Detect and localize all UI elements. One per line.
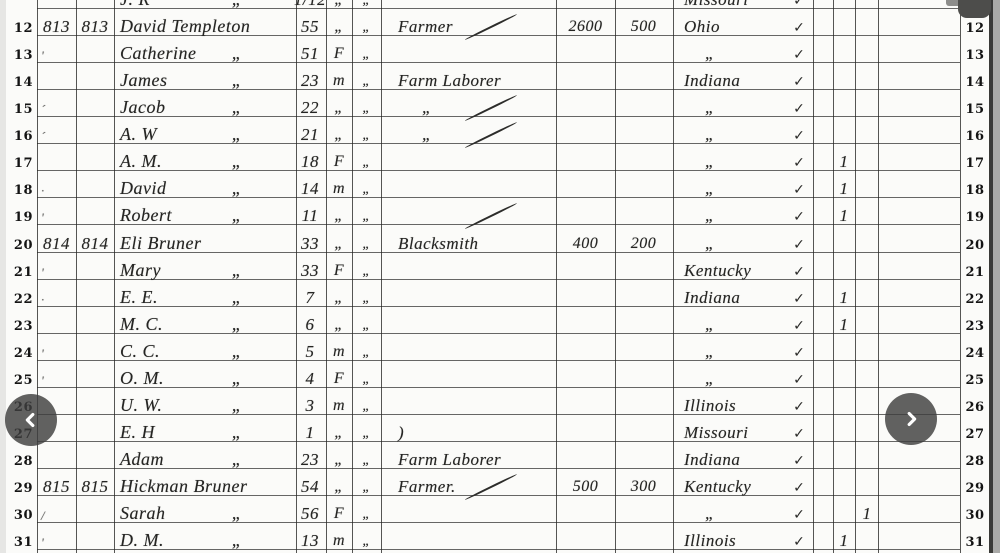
enumerator-checkmark: ✓ [786, 183, 812, 197]
enumerator-checkmark: ✓ [786, 265, 812, 279]
census-row: 2929815815Hickman Bruner54„„Farmer.50030… [0, 469, 1000, 496]
sex-value: F [326, 46, 352, 62]
row-number-right: 26 [961, 401, 989, 414]
person-name: O. M. [120, 369, 164, 387]
sex-value: „ [326, 425, 352, 441]
attended-school-mark: 1 [834, 316, 854, 333]
age-value: 1 [293, 424, 327, 441]
age-value: 55 [293, 18, 327, 35]
row-number-right: 24 [961, 347, 989, 360]
dwelling-number: 814 [38, 235, 75, 252]
color-ditto-mark: „ [353, 21, 380, 35]
row-number-right: 19 [961, 211, 989, 224]
birthplace: „ [690, 45, 730, 62]
person-name: Mary [120, 261, 161, 279]
enumerator-checkmark: ✓ [786, 156, 812, 170]
row-number-right: 17 [961, 157, 989, 170]
color-ditto-mark: „ [353, 400, 380, 414]
real-estate-value: 400 [557, 236, 614, 252]
sex-value: „ [326, 127, 352, 143]
sex-value: m [326, 181, 352, 197]
enumerator-checkmark: ✓ [786, 210, 812, 224]
row-number-left: 25 [6, 374, 33, 387]
person-name: David Templeton [120, 17, 250, 35]
color-ditto-mark: „ [353, 265, 380, 279]
family-number: 814 [77, 235, 113, 252]
age-value: 4 [293, 370, 327, 387]
real-estate-value: 2600 [557, 19, 614, 35]
row-number-left: 20 [6, 239, 33, 252]
person-name: U. W. [120, 396, 162, 414]
name-ditto-mark: „ [222, 369, 252, 387]
census-row: 1717A. M.„18F„„✓1 [0, 144, 1000, 171]
sex-value: m [326, 73, 352, 89]
name-ditto-mark: „ [222, 206, 252, 224]
row-number-left: 13 [6, 49, 33, 62]
record-image-viewer: J. R„1/12„„Missouri✓1212813813David Temp… [0, 0, 1000, 553]
name-ditto-mark: „ [222, 98, 252, 116]
scan-left-edge [0, 0, 6, 553]
sex-value: F [326, 506, 352, 522]
census-row: 3131'D. M.„13m„Illinois✓1 [0, 523, 1000, 550]
name-ditto-mark: „ [222, 0, 252, 8]
age-value: 6 [293, 316, 327, 333]
color-ditto-mark: „ [353, 481, 380, 495]
person-name: Robert [120, 206, 172, 224]
sex-value: „ [326, 19, 352, 35]
color-ditto-mark: „ [353, 129, 380, 143]
age-value: 3 [293, 397, 327, 414]
chevron-right-icon [900, 408, 922, 430]
occupation: Blacksmith [398, 235, 558, 252]
birthplace: „ [690, 343, 730, 360]
family-number: 813 [77, 18, 113, 35]
enumerator-checkmark: ✓ [786, 21, 812, 35]
row-number-right: 13 [961, 49, 989, 62]
census-row: 2727E. H„1„„)Missouri✓ [0, 415, 1000, 442]
sex-value: „ [326, 208, 352, 224]
birthplace: „ [690, 126, 730, 143]
pencil-mark: ' [41, 374, 57, 387]
row-number-right: 12 [961, 22, 989, 35]
row-number-left: 31 [6, 536, 33, 549]
color-ditto-mark: „ [353, 238, 380, 252]
age-value: 51 [293, 45, 327, 62]
person-name: David [120, 179, 167, 197]
birthplace: „ [690, 180, 730, 197]
age-value: 5 [293, 343, 327, 360]
enumerator-checkmark: ✓ [786, 373, 812, 387]
color-ditto-mark: „ [353, 75, 380, 89]
census-row: 2020814814Eli Bruner33„„Blacksmith400200… [0, 226, 1000, 253]
sex-value: „ [326, 100, 352, 116]
row-number-left: 21 [6, 266, 33, 279]
pencil-mark: ' [41, 266, 57, 279]
sex-value: m [326, 533, 352, 549]
row-number-right: 14 [961, 76, 989, 89]
person-name: James [120, 71, 167, 89]
sex-value: F [326, 263, 352, 279]
name-ditto-mark: „ [222, 152, 252, 170]
next-image-button[interactable] [885, 393, 937, 445]
enumerator-checkmark: ✓ [786, 346, 812, 360]
attended-school-mark: 1 [834, 153, 854, 170]
row-number-right: 29 [961, 482, 989, 495]
pencil-mark: ' [41, 347, 57, 360]
sex-value: „ [326, 479, 352, 495]
census-row: 2121'Mary„33F„Kentucky✓ [0, 253, 1000, 280]
sex-value: F [326, 154, 352, 170]
color-ditto-mark: „ [353, 346, 380, 360]
pencil-mark: · [41, 184, 57, 197]
enumerator-checkmark: ✓ [786, 319, 812, 333]
row-number-left: 16 [6, 130, 33, 143]
color-ditto-mark: „ [353, 535, 380, 549]
name-ditto-mark: „ [222, 315, 252, 333]
color-ditto-mark: „ [353, 319, 380, 333]
color-ditto-mark: „ [353, 292, 380, 306]
row-number-right: 21 [961, 266, 989, 279]
enumerator-checkmark: ✓ [786, 454, 812, 468]
sex-value: „ [326, 290, 352, 306]
person-name: E. H [120, 423, 155, 441]
row-number-right: 16 [961, 130, 989, 143]
sex-value: „ [326, 236, 352, 252]
census-row: 2323M. C.„6„„„✓1 [0, 307, 1000, 334]
color-ditto-mark: „ [353, 0, 380, 8]
row-number-left: 15 [6, 103, 33, 116]
color-ditto-mark: „ [353, 102, 380, 116]
row-number-left: 18 [6, 184, 33, 197]
color-ditto-mark: „ [353, 48, 380, 62]
enumerator-checkmark: ✓ [786, 48, 812, 62]
enumerator-checkmark: ✓ [786, 102, 812, 116]
census-row: 1616´A. W„21„„„„✓ [0, 117, 1000, 144]
enumerator-checkmark: ✓ [786, 508, 812, 522]
row-number-right: 31 [961, 536, 989, 549]
name-ditto-mark: „ [222, 450, 252, 468]
birthplace: „ [690, 235, 730, 252]
census-row: 2525'O. M.„4F„„✓ [0, 361, 1000, 388]
pencil-mark: ' [41, 211, 57, 224]
census-scan-image[interactable]: J. R„1/12„„Missouri✓1212813813David Temp… [0, 0, 1000, 553]
census-row: 2626U. W.„3m„Illinois✓ [0, 388, 1000, 415]
pencil-mark: ' [41, 536, 57, 549]
census-row: 1212813813David Templeton55„„Farmer26005… [0, 9, 1000, 36]
sex-value: „ [326, 317, 352, 333]
person-name: E. E. [120, 288, 158, 306]
color-ditto-mark: „ [353, 156, 380, 170]
census-row: 2828Adam„23„„Farm LaborerIndiana✓ [0, 442, 1000, 469]
real-estate-value: 500 [557, 479, 614, 495]
enumerator-checkmark: ✓ [786, 481, 812, 495]
attended-school-mark: 1 [834, 532, 854, 549]
person-name: Adam [120, 450, 164, 468]
name-ditto-mark: „ [222, 71, 252, 89]
person-name: M. C. [120, 315, 163, 333]
census-row: 2424'C. C.„5m„„✓ [0, 334, 1000, 361]
chevron-left-icon [20, 409, 42, 431]
enumerator-checkmark: ✓ [786, 129, 812, 143]
pencil-mark: ´ [41, 130, 57, 143]
age-value: 7 [293, 289, 327, 306]
occupation: ) [398, 424, 558, 441]
attended-school-mark: 1 [834, 289, 854, 306]
name-ditto-mark: „ [222, 179, 252, 197]
occupation: Farm Laborer [398, 451, 558, 468]
enumerator-checkmark: ✓ [786, 535, 812, 549]
sex-value: F [326, 371, 352, 387]
row-number-right: 15 [961, 103, 989, 116]
row-number-left: 12 [6, 22, 33, 35]
age-value: 14 [293, 180, 327, 197]
pencil-mark: · [41, 293, 57, 306]
birthplace: „ [690, 316, 730, 333]
name-ditto-mark: „ [222, 423, 252, 441]
row-number-left: 19 [6, 211, 33, 224]
color-ditto-mark: „ [353, 454, 380, 468]
row-number-right: 20 [961, 239, 989, 252]
enumerator-checkmark: ✓ [786, 238, 812, 252]
enumerator-checkmark: ✓ [786, 0, 812, 8]
row-number-left: 29 [6, 482, 33, 495]
age-value: 13 [293, 532, 327, 549]
census-row: 1919'Robert„11„„„✓1 [0, 198, 1000, 225]
enumerator-checkmark: ✓ [786, 75, 812, 89]
sex-value: „ [326, 452, 352, 468]
row-number-right: 28 [961, 455, 989, 468]
person-name: C. C. [120, 342, 160, 360]
birthplace: „ [690, 99, 730, 116]
color-ditto-mark: „ [353, 373, 380, 387]
name-ditto-mark: „ [222, 261, 252, 279]
row-number-left: 23 [6, 320, 33, 333]
row-number-right: 23 [961, 320, 989, 333]
previous-image-button[interactable] [5, 394, 57, 446]
person-name: A. M. [120, 152, 162, 170]
name-ditto-mark: „ [222, 504, 252, 522]
census-row: 1515´Jacob„22„„„„✓ [0, 90, 1000, 117]
birthplace: „ [690, 370, 730, 387]
census-row: 1414James„23m„Farm LaborerIndiana✓ [0, 63, 1000, 90]
color-ditto-mark: „ [353, 508, 380, 522]
name-ditto-mark: „ [222, 531, 252, 549]
dwelling-number: 815 [38, 478, 75, 495]
personal-estate-value: 300 [616, 479, 671, 495]
row-number-right: 25 [961, 374, 989, 387]
age-value: 23 [293, 451, 327, 468]
birthplace: „ [690, 207, 730, 224]
census-row: 3030/Sarah„56F„„✓1 [0, 496, 1000, 523]
person-name: Hickman Bruner [120, 477, 247, 495]
age-value: 54 [293, 478, 327, 495]
pencil-mark: ´ [41, 103, 57, 116]
birthplace: „ [690, 505, 730, 522]
row-number-left: 30 [6, 509, 33, 522]
name-ditto-mark: „ [222, 288, 252, 306]
census-row: 2222·E. E.„7„„Indiana✓1 [0, 280, 1000, 307]
age-value: 18 [293, 153, 327, 170]
pencil-mark: ' [41, 49, 57, 62]
attended-school-mark: 1 [834, 207, 854, 224]
enumerator-checkmark: ✓ [786, 292, 812, 306]
person-name: Eli Bruner [120, 234, 202, 252]
age-value: 11 [293, 207, 327, 224]
row-number-left: 28 [6, 455, 33, 468]
person-name: A. W [120, 125, 157, 143]
name-ditto-mark: „ [222, 396, 252, 414]
row-number-right: 22 [961, 293, 989, 306]
age-value: 1/12 [293, 0, 327, 8]
color-ditto-mark: „ [353, 183, 380, 197]
dwelling-number: 813 [38, 18, 75, 35]
row-number-right: 18 [961, 184, 989, 197]
sex-value: „ [326, 0, 352, 8]
color-ditto-mark: „ [353, 427, 380, 441]
sex-value: m [326, 398, 352, 414]
pencil-mark: / [41, 509, 57, 522]
age-value: 23 [293, 72, 327, 89]
census-row: 1818·David„14m„„✓1 [0, 171, 1000, 198]
corner-button[interactable] [958, 0, 991, 18]
person-name: Jacob [120, 98, 165, 116]
color-ditto-mark: „ [353, 210, 380, 224]
person-name: J. R [120, 0, 150, 8]
cannot-read-mark: 1 [857, 505, 877, 522]
row-number-left: 14 [6, 76, 33, 89]
census-row: 1313'Catherine„51F„„✓ [0, 36, 1000, 63]
enumerator-checkmark: ✓ [786, 427, 812, 441]
age-value: 21 [293, 126, 327, 143]
age-value: 33 [293, 235, 327, 252]
scan-right-edge [993, 0, 1000, 553]
personal-estate-value: 200 [616, 236, 671, 252]
personal-estate-value: 500 [616, 19, 671, 35]
person-name: Sarah [120, 504, 166, 522]
age-value: 33 [293, 262, 327, 279]
age-value: 56 [293, 505, 327, 522]
person-name: Catherine [120, 44, 197, 62]
name-ditto-mark: „ [222, 44, 252, 62]
name-ditto-mark: „ [222, 125, 252, 143]
sex-value: m [326, 344, 352, 360]
attended-school-mark: 1 [834, 180, 854, 197]
birthplace: „ [690, 153, 730, 170]
person-name: D. M. [120, 531, 164, 549]
row-number-right: 30 [961, 509, 989, 522]
row-number-left: 24 [6, 347, 33, 360]
name-ditto-mark: „ [222, 342, 252, 360]
age-value: 22 [293, 99, 327, 116]
enumerator-checkmark: ✓ [786, 400, 812, 414]
occupation: Farm Laborer [398, 72, 558, 89]
row-number-left: 22 [6, 293, 33, 306]
row-number-right: 27 [961, 428, 989, 441]
census-row: J. R„1/12„„Missouri✓ [0, 0, 1000, 9]
row-number-left: 17 [6, 157, 33, 170]
family-number: 815 [77, 478, 113, 495]
